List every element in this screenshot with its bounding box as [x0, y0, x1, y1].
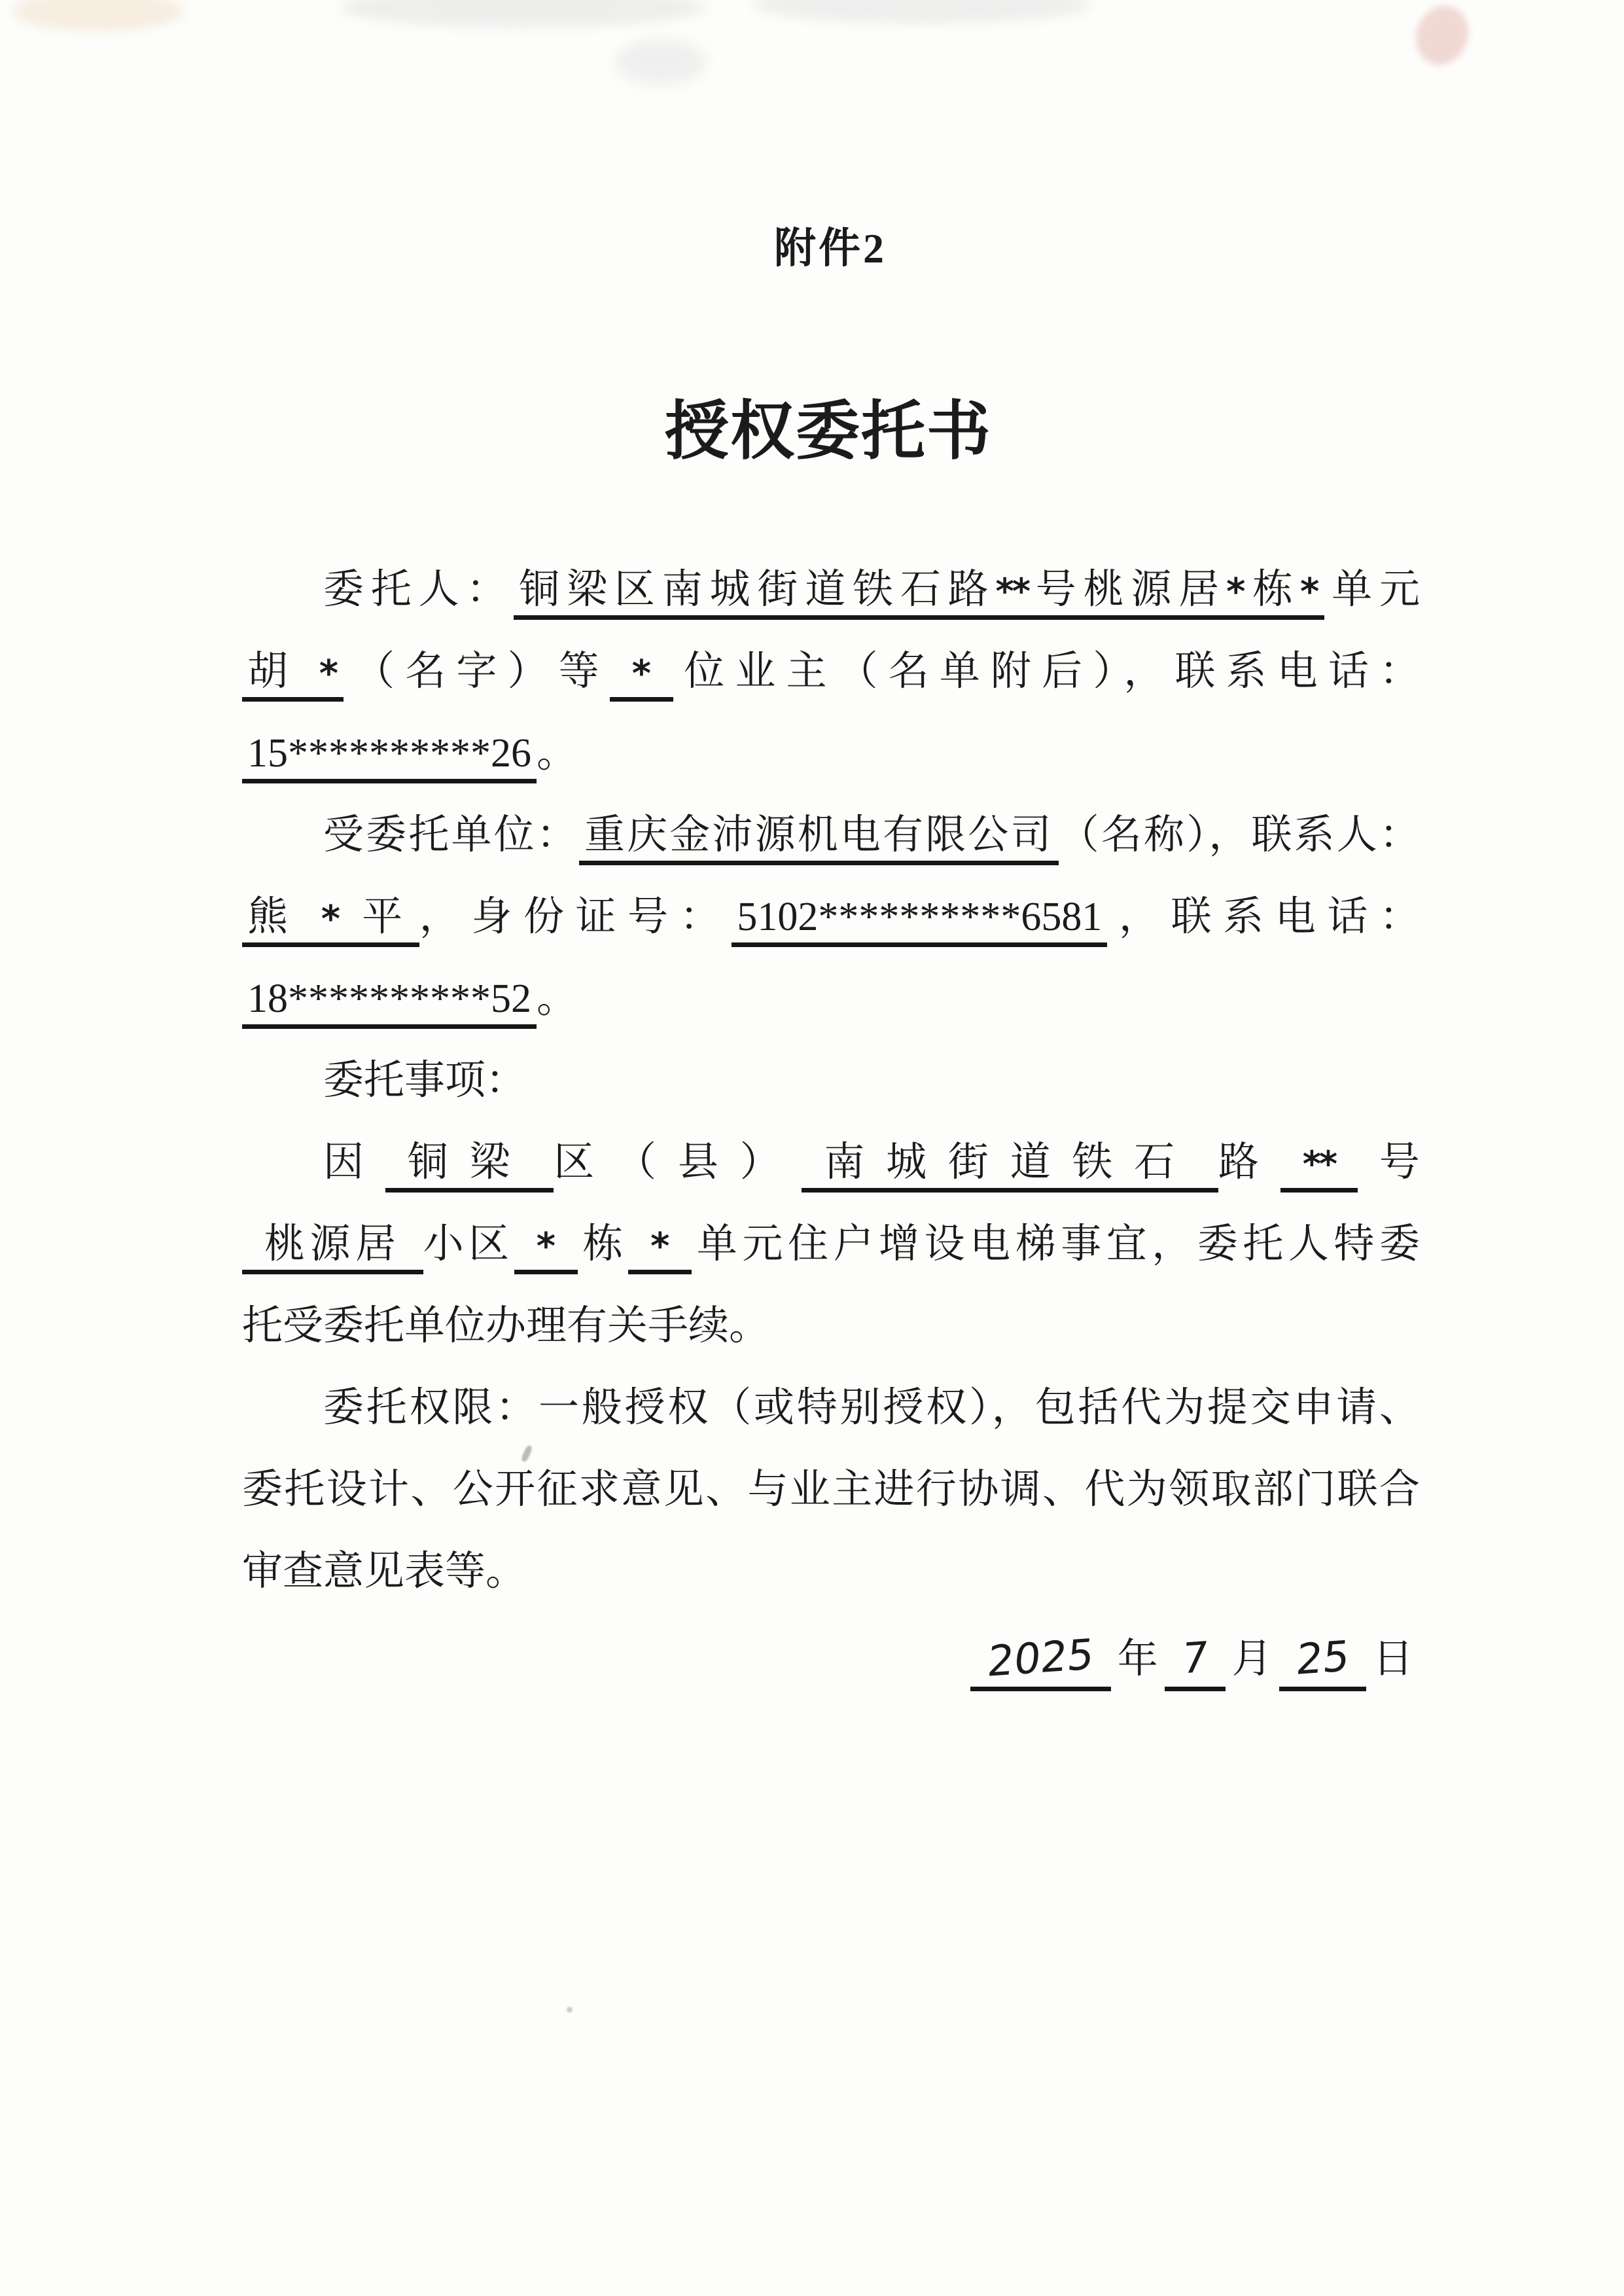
matter-line-3: 托受委托单位办理有关手续。 — [242, 1289, 1420, 1371]
name-note: （名字）等 — [344, 649, 610, 694]
matter-mid1: 区（县） — [554, 1140, 802, 1185]
id-number-underline: 5102**********6581 — [732, 895, 1107, 947]
scan-smudge — [615, 39, 707, 85]
agent-company-underline: 重庆金沛源机电有限公司 — [579, 813, 1059, 865]
estate-underline: 桃源居 — [242, 1222, 423, 1274]
principal-line-3: 15**********26。 — [242, 717, 1420, 798]
principal-name-underline: 胡 * — [242, 649, 344, 702]
period: 。 — [537, 731, 577, 776]
matter-building-underline: * — [514, 1222, 578, 1274]
handwritten-month: 7 — [1178, 1621, 1212, 1696]
principal-line-1: 委托人：铜梁区南城街道铁石路**号桃源居*栋*单元 — [242, 553, 1420, 635]
building-label: 栋 — [1245, 567, 1300, 612]
date-month-underline: 7 — [1165, 1637, 1226, 1691]
month-label: 月 — [1232, 1637, 1273, 1681]
principal-name-mask: * — [319, 653, 338, 695]
owner-count-mask: * — [632, 653, 651, 695]
principal-line-2: 胡 *（名字）等*位业主（名单附后），联系电话： — [242, 635, 1420, 717]
agent-company-rest: （名称），联系人： — [1059, 813, 1420, 857]
year-label: 年 — [1118, 1637, 1158, 1681]
principal-phone-underline: 15**********26 — [242, 731, 537, 783]
agent-contact-underline: 熊 * 平 — [242, 895, 419, 947]
address-part2: 号桃源居 — [1029, 567, 1226, 612]
handwritten-day: 25 — [1293, 1620, 1352, 1698]
unit-label: 单元 — [1324, 567, 1420, 612]
owners-rest: 位业主（名单附后），联系电话： — [673, 649, 1420, 694]
agent-line-1: 受委托单位：重庆金沛源机电有限公司（名称），联系人： — [242, 798, 1420, 880]
authority-line-3: 审查意见表等。 — [242, 1535, 1420, 1617]
ink-dot — [567, 2007, 573, 2013]
matter-line-1: 因铜梁区（县）南城街道铁石路**号 — [242, 1126, 1420, 1208]
authority-line-2: 委托设计、公开征求意见、与业主进行协调、代为领取部门联合 — [242, 1453, 1420, 1535]
contact-mask: * — [321, 898, 340, 941]
street-underline: 南城街道铁石 — [802, 1140, 1218, 1193]
building-mask: * — [1226, 571, 1245, 613]
matter-unit-underline: * — [628, 1222, 692, 1274]
scan-smudge — [340, 0, 707, 27]
date-day-underline: 25 — [1279, 1637, 1366, 1691]
matter-line2-rest: 单元住户增设电梯事宜，委托人特委 — [692, 1222, 1420, 1266]
matter-prefix: 因 — [323, 1140, 385, 1185]
unit-mask: * — [1300, 571, 1319, 613]
date-line: 2025年7月25日 — [242, 1622, 1420, 1707]
matter-building-mask: * — [537, 1225, 556, 1268]
authority-line-1: 委托权限：一般授权（或特别授权），包括代为提交申请、 — [242, 1371, 1420, 1453]
agent-line-3: 18**********52。 — [242, 962, 1420, 1044]
scan-stain-red — [1408, 0, 1477, 73]
period: 。 — [537, 977, 577, 1021]
agent-phone-label: ，联系电话： — [1107, 895, 1420, 939]
matter-number-underline: ** — [1280, 1140, 1358, 1193]
matters-label-line: 委托事项： — [242, 1044, 1420, 1126]
scan-smudge — [752, 0, 1093, 24]
contact-surname: 熊 — [247, 895, 300, 939]
number-label: 号 — [1358, 1140, 1420, 1185]
page-title: 授权委托书 — [16, 380, 1624, 472]
principal-surname: 胡 — [247, 649, 298, 694]
date-year-underline: 2025 — [970, 1637, 1111, 1691]
estate-label: 小区 — [423, 1222, 514, 1266]
handwritten-year: 2025 — [984, 1618, 1097, 1699]
agent-line-2: 熊 * 平，身份证号：5102**********6581，联系电话： — [242, 880, 1420, 962]
owner-count-underline: * — [610, 649, 673, 702]
road-label: 路 — [1218, 1140, 1280, 1185]
scan-stain — [13, 0, 183, 31]
day-label: 日 — [1373, 1637, 1413, 1681]
principal-address-underline: 铜梁区南城街道铁石路**号桃源居*栋* — [514, 567, 1324, 620]
contact-given: 平 — [362, 895, 414, 939]
matter-line-2: 桃源居小区*栋*单元住户增设电梯事宜，委托人特委 — [242, 1208, 1420, 1289]
agent-label: 受委托单位： — [323, 813, 579, 857]
house-number-mask: ** — [995, 571, 1028, 612]
address-part1: 铜梁区南城街道铁石路 — [519, 567, 995, 612]
attachment-label: 附件2 — [18, 215, 1624, 275]
agent-phone-underline: 18**********52 — [242, 977, 537, 1029]
principal-label: 委托人： — [323, 567, 514, 612]
matters-label: 委托事项： — [323, 1058, 526, 1103]
id-label: ，身份证号： — [419, 895, 732, 939]
matter-unit-mask: * — [650, 1225, 669, 1268]
matter-building-label: 栋 — [578, 1222, 628, 1266]
matter-number-mask: ** — [1303, 1143, 1335, 1185]
scanned-document-page: 附件2 授权委托书 委托人：铜梁区南城街道铁石路**号桃源居*栋*单元 胡 *（… — [0, 0, 1624, 2296]
district-underline: 铜梁 — [385, 1140, 554, 1193]
